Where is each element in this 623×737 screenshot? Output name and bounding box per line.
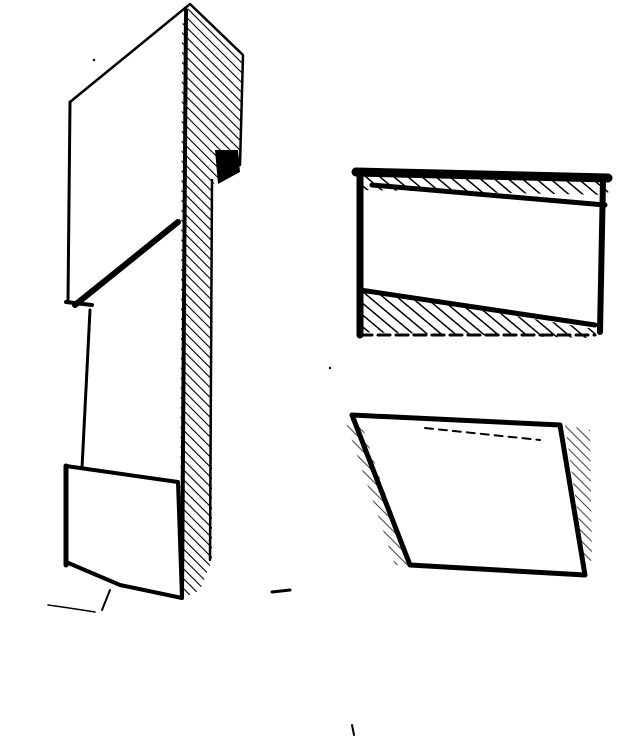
- notch: [215, 150, 240, 184]
- parallelogram-panel: [345, 415, 592, 575]
- hatched-frame: [354, 170, 610, 338]
- tall-block: [48, 4, 243, 612]
- sketch-canvas: [0, 0, 623, 737]
